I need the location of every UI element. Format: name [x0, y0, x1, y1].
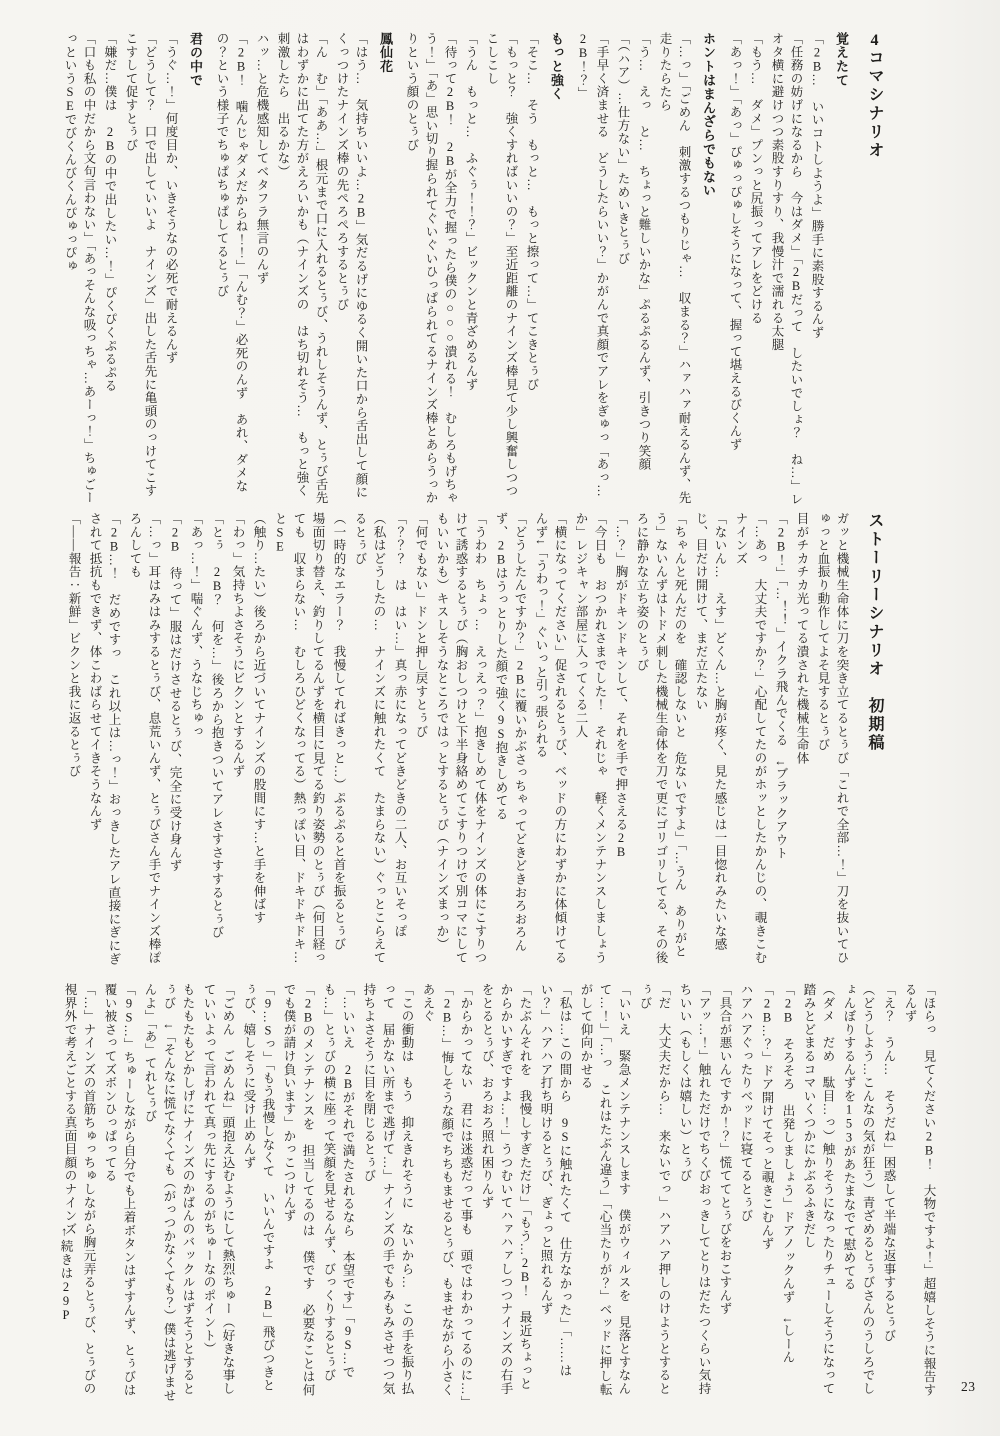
scanned-doujin-script-page: 4コマシナリオ覚えたて「2B… いいコトしようよ」勝手に素股するんず「任務の妨げ…: [0, 0, 1000, 1436]
script-line: 「？？？ は はい…」真っ赤になってどきどきの二人、お互いそっぽ: [390, 512, 409, 976]
latin-run: 9S: [558, 1116, 572, 1144]
latin-run: 29P: [59, 1280, 73, 1322]
latin-run: 2B: [168, 525, 182, 553]
latin-run: 2B: [234, 45, 248, 73]
latin-run: 2B: [440, 996, 454, 1024]
scenario-title: 4コマシナリオ: [865, 32, 884, 508]
four-koma-scenario-section: 4コマシナリオ覚えたて「2B… いいコトしようよ」勝手に素股するんず「任務の妨げ…: [58, 32, 884, 508]
script-line: 「アッ…！」触れただけでちくびおっきしてとりはだたつくらい気持ちいい（もしくは嬉…: [675, 983, 713, 1403]
latin-run: 9S: [341, 1324, 355, 1352]
script-line: 「2Bのメンテナンスを 担当してるのは 僕です 必要なことは何でも僕が請け負いま…: [279, 983, 317, 1403]
latin-run: 2B: [760, 996, 774, 1024]
latin-run: 2B: [513, 658, 527, 686]
script-line: 「うぐ…！」何度目か、いきそうなの必死で耐えるんず: [161, 32, 180, 508]
script-line: 「うわわ ちょっ… えっえっ？」抱きしめて体をナインズの体にこすりつけて誘惑する…: [432, 512, 489, 976]
script-line: 「う… えっ と… ちょっと難しいかな」ぷるぷるんず、引きつり笑顔: [634, 32, 653, 508]
story-scenario-continued-section: 「ほらっ 見てください2B！ 大物ですよ！」超嬉しそうに報告するんず「え？ うん…: [58, 983, 938, 1403]
script-line: 「2B！」「…！！」イクラ飛んでくる ↓ブラックアウト: [771, 512, 790, 976]
latin-run: 2B: [774, 525, 788, 553]
script-line: 「手早く済ませる どうしたらいい？」かがんで真顔でアレをぎゅっ「あっ…2B！？」: [573, 32, 611, 508]
script-line: 「だ 大丈夫だから… 来ないでっ」ハアハア押しのけようとするとぅび: [635, 983, 673, 1403]
script-line: 「任務の妨げになるから 今はダメ」「2Bだって したいでしょ？ ね…」レオタ横に…: [767, 32, 805, 508]
script-line: 「あっ！」「あっ」ぴゅっぴゅしそうになって、握って堪えるびくんず: [725, 32, 744, 508]
script-line: 「うん もっと… ふぐぅ！！？」ビックンと青ざめるんず: [461, 32, 480, 508]
story-scenario-section: ストーリーシナリオ 初期稿ガッと機械生命体に刀を突き立てるとぅび「これで全部…！…: [62, 512, 884, 976]
script-line: 「…っ」耳はみはみするとぅび、息荒いんず、とぅびさん手でナインズ棒ぽろんしても: [125, 512, 163, 976]
script-line: 「口も私の中だから文句言わない」「あっそんな吸っちゃ…あーっ！」ちゅごーっという…: [60, 32, 98, 508]
script-line: 「私は…この間から 9Sに触れたくて 仕方なかった」「……はい？」ハアハア打ち明…: [536, 983, 574, 1403]
latin-run: 9: [261, 996, 275, 1010]
script-line: （私はどうしたの… ナインズに触れたくて たまらない）ぐっとこらえてるとぅび: [350, 512, 388, 976]
script-line: 「嫌だ…僕は 2Bの中で出したい…！」ぴくぴくぷるぷる: [100, 32, 119, 508]
script-line: 「わっ」気持ちよさそうにビクンとするんず: [228, 512, 247, 976]
script-line: 「9S…」ちゅーしながら自分でも上着ボタンはずすんず、とぅびは覆い被さってズボン…: [100, 983, 138, 1403]
script-line: ハッ…と危機感知してベタフラ無言のんず: [252, 32, 271, 508]
latin-run: 2B: [261, 1284, 275, 1312]
script-line: 「あっ…！」喘ぐんず、うなじちゅっ: [186, 512, 205, 976]
script-line: （触り…たい）後ろから近づいてナインズの股間にす…と手を伸ばす: [249, 512, 268, 976]
script-line: 「2B！ 噛んじゃダメだからね！！」「んむ？」必死のんず あれ、ダメなの？という…: [212, 32, 250, 508]
latin-run: 9S: [122, 996, 136, 1024]
latin-run: 2B: [789, 265, 803, 293]
script-line: 「2B…！ だめですっ これ以上は…っ！」おっきしたアレ直接にぎにぎされて抵抗も…: [85, 512, 123, 976]
script-line: 「ん む」「ああ…」根元まで口に入れるとぅび、うれしそうんず、とぅび舌先はわずか…: [273, 32, 330, 508]
latin-run: 2B: [103, 125, 117, 153]
script-line: 「もっと？ 強くすればいいの？」至近距離のナインズ棒見て少し興奮しつつこしこし: [482, 32, 520, 508]
latin-run: S: [261, 1024, 275, 1038]
script-line: ハアハアぐったりベッドに寝てるとぅび: [736, 983, 755, 1403]
script-line: 「…」ナインズの首筋ちゅっちゅしながら胸元弄るとぅび、とぅびの視界外で考えごとす…: [60, 983, 98, 1403]
latin-run: 4: [866, 32, 883, 49]
script-line: 「どうして？ 口で出していいよ ナインズ」出した舌先に亀頭のっけてこすこすして促…: [121, 32, 159, 508]
script-line: 「…っ」「ごめん 刺激するつもりじゃ… 収まる？」ハァハァ耐えるんず、先走りたら…: [655, 32, 693, 508]
latin-run: 2B: [494, 539, 508, 567]
script-line: 「待って2B！ 2Bが全力で握ったら僕の○○○潰れる！ むしろもげちゃう！」「あ…: [402, 32, 459, 508]
latin-run: 2B: [354, 192, 368, 220]
scene-heading: もっと強く: [547, 32, 566, 508]
script-line: 「ちゃんと死んだのを 確認しないと 危ないですよ」「…うん ありがとう」ないんず…: [632, 512, 689, 976]
latin-run: 9S: [494, 713, 508, 741]
latin-run: 2B: [781, 996, 795, 1024]
latin-run: 2B: [210, 565, 224, 593]
script-line: 「からかってない 君には迷惑だって事も 頭ではわかってるのに…」「2B…」悔しそ…: [418, 983, 475, 1403]
script-line: 「ごめん ごめんね」頭抱え込むようにして熱烈ちゅー（好きな事していいよって言われ…: [199, 983, 237, 1403]
script-line: 「9…Sっ」「もう我慢しなくて いいんですよ 2B」飛びつきとぅび、嬉しそうに受…: [239, 983, 277, 1403]
script-line: 「そこ… そう もっと… もっと擦って…」てこきとぅび: [522, 32, 541, 508]
script-line: 「はう… 気持ちいいよ…2B」気だるげにゆるく開いた口から舌出して顔にくっつけた…: [332, 32, 370, 508]
script-line: 目がチカチカ光ってる潰された機械生命体: [792, 512, 811, 976]
script-line: 「もう… ダメ」プンっと尻振ってアレをどける: [746, 32, 765, 508]
script-line: 「…いいえ 2Bがそれで満たされるなら 本望です」「9S…でも…」とぅびの横に座…: [319, 983, 357, 1403]
script-line: 「今日も おつかれさまでした！ それじゃ 軽くメンテナンスしましょうか」レジキャ…: [571, 512, 609, 976]
script-line: 「何でもない」ドンと押し戻すとぅび: [411, 512, 430, 976]
script-line: ガッと機械生命体に刀を突き立てるとぅび「これで全部…！」刀を抜いてひゅっと血振り…: [813, 512, 851, 976]
script-line: （一時的なエラー？ 我慢してればきっと…）ぷるぷると首を振るとぅび: [329, 512, 348, 976]
script-line: もたもたもどかしげにナインズのかばんのバックルはずそうとするとぅび ↓「そんなに…: [140, 983, 197, 1403]
script-line: 「…あっ 大丈夫ですか？」心配してたのがホッとしたかんじの、覗きこむナインズ: [731, 512, 769, 976]
script-line: 「ないん… えす」どくん…と胸が疼く、見た感じは一目惚れみたいな感じ、目だけ開け…: [691, 512, 729, 976]
scene-heading: 鳳仙花: [376, 32, 395, 508]
script-line: 「え？ うん… そうだね」困惑して半端な返事するとぅび: [879, 983, 898, 1403]
latin-run: SE: [273, 525, 287, 553]
script-line: 「どうしたんですか？」2Bに覆いかぶさっちゃってどきどきおろおろんず、2Bはうっ…: [491, 512, 529, 976]
latin-run: 2B: [518, 1256, 532, 1284]
script-line: 「2B…？」ドア開けてそっと覗きこむんず: [757, 983, 776, 1403]
script-line: 「具合が悪いんですか！？」慌ててとぅびをおこすんず: [715, 983, 734, 1403]
script-line: 「たぶんそれを 我慢しすぎただけ」「もう…2B！ 最近ちょっと からかいすぎです…: [477, 983, 534, 1403]
script-line: 「…？」胸がドキンドキンして、それを手で押さえる2B: [611, 512, 630, 976]
latin-run: 2B: [443, 140, 457, 168]
scene-heading: 覚えたて: [832, 32, 851, 508]
page-number: 23: [961, 1379, 976, 1395]
latin-run: 153: [842, 1103, 856, 1145]
script-line: 「ほらっ 見てください2B！ 大物ですよ！」超嬉しそうに報告するんず: [900, 983, 938, 1403]
script-line: 「2B 待って」服はだけさせるとぅび、完全に受け身んず: [165, 512, 184, 976]
script-line: 「2B… いいコトしようよ」勝手に素股するんず: [807, 32, 826, 508]
script-line: （ダメ だめ 駄目…っ）触りそうになったりチューしそうになって踏みとどまるコマい…: [799, 983, 837, 1403]
script-line: 「横になってください」促されるとぅび、ベッドの方にわずかに体傾けてるんず↓「うわ…: [531, 512, 569, 976]
latin-run: SE: [63, 85, 77, 113]
latin-run: 2B: [107, 525, 121, 553]
script-line: 「――報告：新鮮」ビクンと我に返るとぅび: [64, 512, 83, 976]
latin-run: 2B: [443, 85, 457, 113]
latin-run: 2B: [341, 1063, 355, 1091]
script-line: 「2B そろそろ 出発しましょう」ドアノックんず ↓しーん: [778, 983, 797, 1403]
scene-heading: ホントはまんざらでもない: [699, 32, 718, 508]
scenario-title: ストーリーシナリオ 初期稿: [865, 512, 884, 976]
script-line: （どうしよう…こんなの気が狂う）青ざめるとぅびさんのうしろでしょんぼりするんずを…: [839, 983, 877, 1403]
latin-run: 2B: [810, 45, 824, 73]
script-line: 「いいえ 緊急メンテナンスします 僕がウィルスを 見落とすなんて…！」「…っ こ…: [576, 983, 633, 1403]
script-line: 「（ハア）…仕方ない」ためいきとぅび: [613, 32, 632, 508]
script-line: 「とぅ 2B？ 何を…」後ろから抱きついてアレさすさすするとぅび: [207, 512, 226, 976]
latin-run: 2B: [576, 32, 590, 60]
latin-run: 2B: [922, 1129, 936, 1157]
script-line: 場面切り替え、釣りしてるんずを横目に見てる釣り姿勢のとぅび（何日経っても 収まら…: [270, 512, 327, 976]
latin-run: 2B: [614, 831, 628, 859]
continuation-note: ←続きは29P: [56, 1226, 75, 1322]
latin-run: 2B: [301, 996, 315, 1024]
script-line: 「この衝動は もう 抑えきれそうに ないから… この手を振り払って 届かない所ま…: [359, 983, 416, 1403]
scene-heading: 君の中で: [186, 32, 205, 508]
